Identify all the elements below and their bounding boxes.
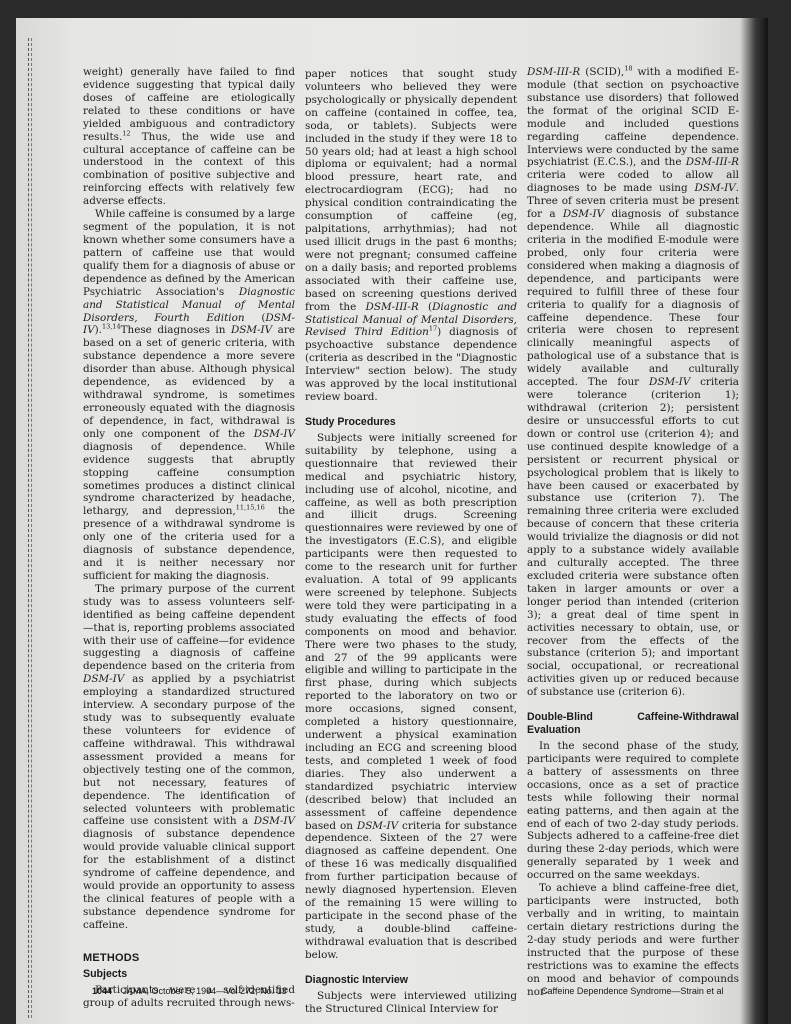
subsection-heading-diagnostic-interview: Diagnostic Interview — [305, 974, 517, 987]
paragraph: The primary purpose of the current study… — [83, 583, 295, 932]
paragraph: Subjects were interviewed utilizing the … — [305, 990, 517, 1016]
paragraph: weight) generally have failed to find ev… — [83, 66, 295, 208]
column-1: weight) generally have failed to find ev… — [83, 66, 295, 1009]
running-title: Caffeine Dependence Syndrome—Strain et a… — [541, 986, 723, 996]
binding-edge — [28, 38, 32, 1018]
page-number: 1044 — [92, 986, 112, 996]
paragraph: To achieve a blind caffeine-free diet, p… — [527, 882, 739, 998]
journal-citation: JAMA, October 5, 1994—Vol 272, No. 13 — [123, 986, 287, 996]
paragraph: paper notices that sought study voluntee… — [305, 68, 517, 404]
paragraph: In the second phase of the study, partic… — [527, 740, 739, 882]
column-3: DSM-III-R (SCID),18 with a modified E-mo… — [527, 66, 739, 998]
column-2: paper notices that sought study voluntee… — [305, 68, 517, 1015]
section-heading-methods: METHODS — [83, 952, 295, 965]
paragraph: While caffeine is consumed by a large se… — [83, 208, 295, 583]
subsection-heading-study-procedures: Study Procedures — [305, 416, 517, 429]
subsection-heading-subjects: Subjects — [83, 968, 295, 981]
paragraph: DSM-III-R (SCID),18 with a modified E-mo… — [527, 66, 739, 699]
scanned-journal-page: weight) generally have failed to find ev… — [16, 18, 768, 1024]
page-footer-left: 1044 JAMA, October 5, 1994—Vol 272, No. … — [92, 986, 287, 996]
paragraph: Subjects were initially screened for sui… — [305, 432, 517, 962]
scan-shadow — [740, 18, 768, 1024]
subsection-heading-double-blind: Double-Blind Caffeine-Withdrawal Evaluat… — [527, 711, 739, 737]
